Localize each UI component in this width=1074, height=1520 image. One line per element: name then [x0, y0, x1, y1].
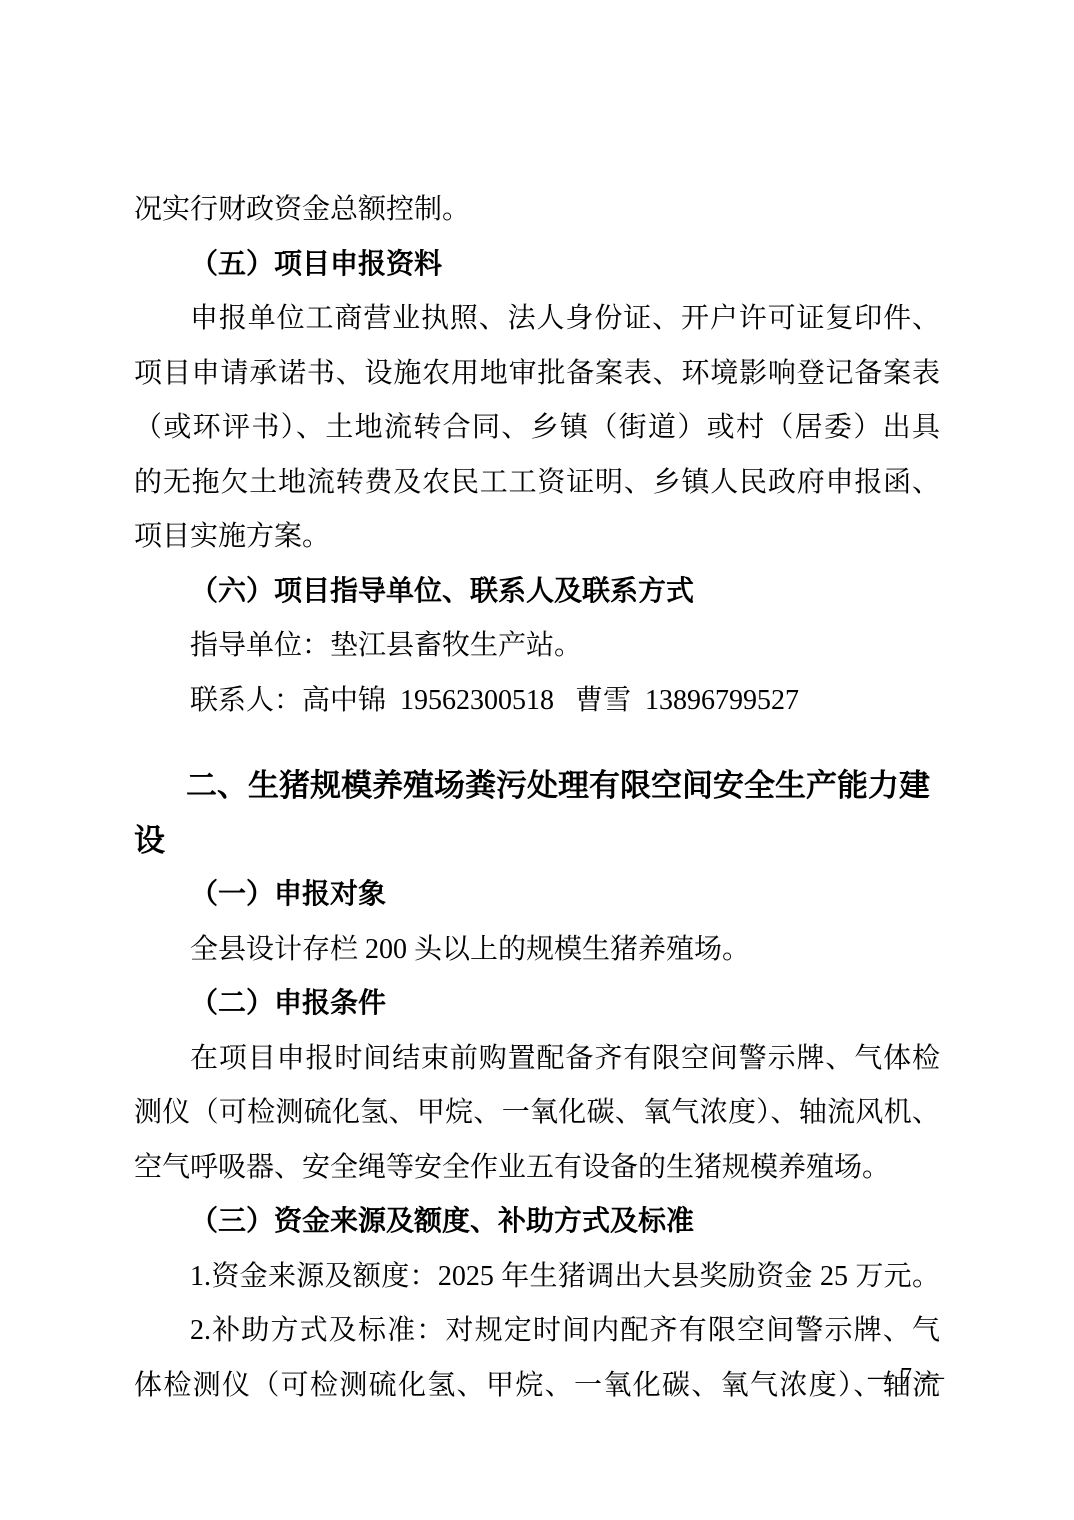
- paragraph-subsidy-standard-line-1: 2.补助方式及标准：对规定时间内配齐有限空间警示牌、气: [134, 1304, 940, 1359]
- section-heading-5-application-materials: （五）项目申报资料: [134, 238, 940, 293]
- paragraph-materials-line-2: 项目申请承诺书、设施农用地审批备案表、环境影响登记备案表: [134, 347, 940, 402]
- paragraph-contact-persons: 联系人：高中锦 19562300518 曹雪 13896799527: [134, 674, 940, 729]
- paragraph-materials-line-3: （或环评书）、土地流转合同、乡镇（街道）或村（居委）出具: [134, 401, 940, 456]
- paragraph-funding-source: 1.资金来源及额度：2025 年生猪调出大县奖励资金 25 万元。: [134, 1250, 940, 1305]
- chapter-heading-2-pig-farm-confined-space-safety: 二、生猪规模养殖场粪污处理有限空间安全生产能力建设: [134, 759, 940, 868]
- section-heading-2-application-conditions: （二）申报条件: [134, 977, 940, 1032]
- document-page: 况实行财政资金总额控制。 （五）项目申报资料 申报单位工商营业执照、法人身份证、…: [0, 0, 1074, 1520]
- paragraph-conditions-line-3: 空气呼吸器、安全绳等安全作业五有设备的生猪规模养殖场。: [134, 1141, 940, 1196]
- paragraph-conditions-line-1: 在项目申报时间结束前购置配备齐有限空间警示牌、气体检: [134, 1032, 940, 1087]
- paragraph-materials-line-5: 项目实施方案。: [134, 510, 940, 565]
- section-heading-3-funding-source-subsidy: （三）资金来源及额度、补助方式及标准: [134, 1195, 940, 1250]
- paragraph-guidance-unit: 指导单位：垫江县畜牧生产站。: [134, 619, 940, 674]
- paragraph-materials-line-1: 申报单位工商营业执照、法人身份证、开户许可证复印件、: [134, 292, 940, 347]
- page-number: — 7 —: [868, 1362, 945, 1392]
- paragraph-continuation-funding-control: 况实行财政资金总额控制。: [134, 183, 940, 238]
- paragraph-conditions-line-2: 测仪（可检测硫化氢、甲烷、一氧化碳、氧气浓度）、轴流风机、: [134, 1086, 940, 1141]
- section-heading-6-guidance-unit-contacts: （六）项目指导单位、联系人及联系方式: [134, 565, 940, 620]
- section-heading-1-application-targets: （一）申报对象: [134, 868, 940, 923]
- document-body: 况实行财政资金总额控制。 （五）项目申报资料 申报单位工商营业执照、法人身份证、…: [134, 183, 940, 1413]
- paragraph-subsidy-standard-line-2: 体检测仪（可检测硫化氢、甲烷、一氧化碳、氧气浓度）、轴流: [134, 1359, 940, 1414]
- paragraph-materials-line-4: 的无拖欠土地流转费及农民工工资证明、乡镇人民政府申报函、: [134, 456, 940, 511]
- paragraph-application-targets: 全县设计存栏 200 头以上的规模生猪养殖场。: [134, 923, 940, 978]
